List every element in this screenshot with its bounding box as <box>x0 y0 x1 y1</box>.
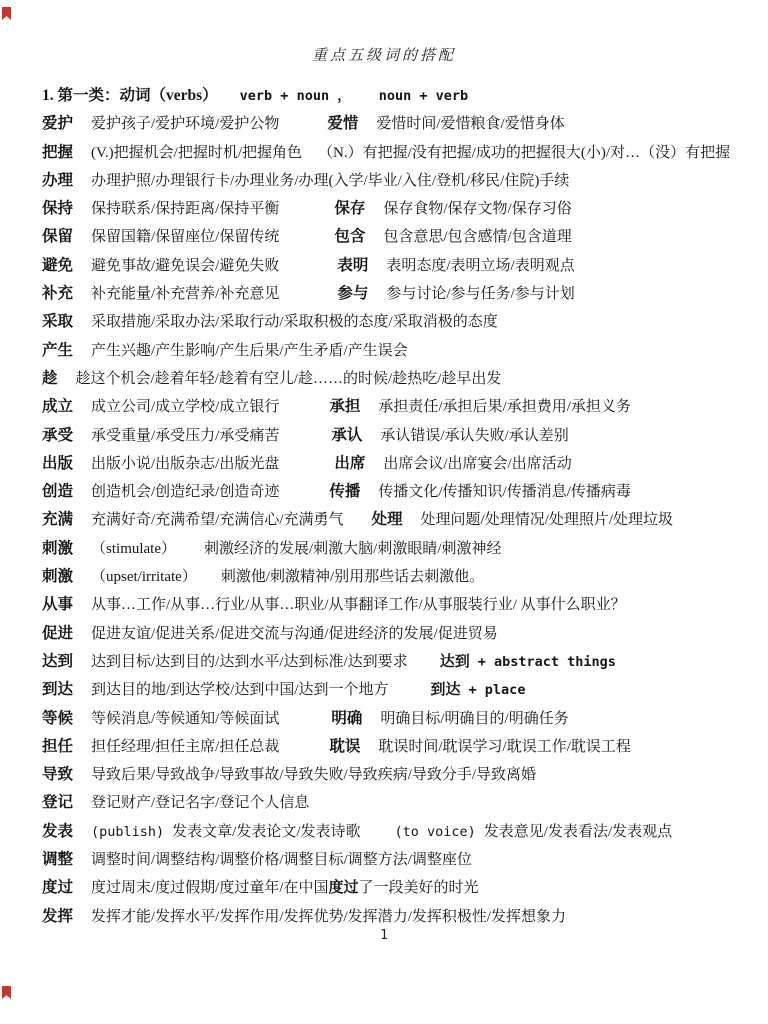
headword: 避免 <box>42 252 73 280</box>
collocation-text: 调整时间/调整结构/调整价格/调整目标/调整方法/调整座位 <box>91 846 472 874</box>
collocation-text: 创造机会/创造纪录/创造奇迹 <box>91 478 279 506</box>
collocation-text: 度过 <box>329 874 359 902</box>
collocation-text: verb + noun ， <box>240 82 351 110</box>
collocation-text: 承担责任/承担后果/承担费用/承担义务 <box>378 393 631 421</box>
headword: 成立 <box>42 393 73 421</box>
collocation-row: 保留保留国籍/保留座位/保留传统包含包含意思/包含感情/包含道理 <box>42 223 748 251</box>
collocation-row: 产生产生兴趣/产生影响/产生后果/产生矛盾/产生误会 <box>42 337 748 365</box>
collocation-text: 保留国籍/保留座位/保留传统 <box>91 223 279 251</box>
collocation-text: 避免事故/避免误会/避免失败 <box>91 252 279 280</box>
collocation-text: 参与讨论/参与任务/参与计划 <box>386 280 574 308</box>
collocation-row: 成立成立公司/成立学校/成立银行承担承担责任/承担后果/承担费用/承担义务 <box>42 393 748 421</box>
collocation-text: 办理护照/办理银行卡/办理业务/办理(入学/毕业/入住/登机/移民/住院)手续 <box>91 167 569 195</box>
collocation-text: 承认错误/承认失败/承认差别 <box>380 422 568 450</box>
collocation-text: 出版小说/出版杂志/出版光盘 <box>91 450 279 478</box>
collocation-row: 把握(V.)把握机会/把握时机/把握角色（N.）有把握/没有把握/成功的把握很大… <box>42 139 748 167</box>
collocation-text: 度过周末/度过假期/度过童年/在中国 <box>91 874 329 902</box>
collocation-row: 导致导致后果/导致战争/导致事故/导致失败/导致疾病/导致分手/导致离婚 <box>42 761 748 789</box>
headword: 保留 <box>42 223 73 251</box>
headword: 出版 <box>42 450 73 478</box>
collocation-text: 1. 第一类：动词（verbs） <box>42 82 218 110</box>
collocation-row: 趁趁这个机会/趁着年轻/趁着有空儿/趁……的时候/趁热吃/趁早出发 <box>42 365 748 393</box>
collocation-text: 发表意见/发表看法/发表观点 <box>484 818 672 846</box>
collocation-text: 耽误时间/耽误学习/耽误工作/耽误工程 <box>378 733 631 761</box>
page-number: 1 <box>0 928 768 943</box>
collocation-row: 保持保持联系/保持距离/保持平衡保存保存食物/保存文物/保存习俗 <box>42 195 748 223</box>
headword: 补充 <box>42 280 73 308</box>
headword: 产生 <box>42 337 73 365</box>
headword: 到达 <box>42 676 73 704</box>
headword: 发表 <box>42 818 73 846</box>
collocation-row: 爱护爱护孩子/爱护环境/爱护公物爱惜爱惜时间/爱惜粮食/爱惜身体 <box>42 110 748 138</box>
collocation-row: 出版出版小说/出版杂志/出版光盘出席出席会议/出席宴会/出席活动 <box>42 450 748 478</box>
collocation-row: 创造创造机会/创造纪录/创造奇迹传播传播文化/传播知识/传播消息/传播病毒 <box>42 478 748 506</box>
headword: 趁 <box>42 365 58 393</box>
headword: 创造 <box>42 478 73 506</box>
collocation-text: 明确目标/明确目的/明确任务 <box>380 705 568 733</box>
headword: 保存 <box>334 195 365 223</box>
collocation-row: 登记登记财产/登记名字/登记个人信息 <box>42 789 748 817</box>
collocation-row: 采取采取措施/采取办法/采取行动/采取积极的态度/采取消极的态度 <box>42 308 748 336</box>
collocation-row: 担任担任经理/担任主席/担任总裁耽误耽误时间/耽误学习/耽误工作/耽误工程 <box>42 733 748 761</box>
headword: 达到 <box>42 648 73 676</box>
collocation-text: 出席会议/出席宴会/出席活动 <box>383 450 571 478</box>
collocation-text: 发表文章/发表论文/发表诗歌 <box>172 818 360 846</box>
headword: 承认 <box>331 422 362 450</box>
collocation-row: 刺激（stimulate）刺激经济的发展/刺激大脑/刺激眼睛/刺激神经 <box>42 535 748 563</box>
headword: 刺激 <box>42 563 73 591</box>
document-page: 重点五级词的搭配 1. 第一类：动词（verbs）verb + noun ，no… <box>0 0 768 1024</box>
headword: 包含 <box>334 223 365 251</box>
collocation-text: 充满好奇/充满希望/充满信心/充满勇气 <box>91 506 344 534</box>
headword: 调整 <box>42 846 73 874</box>
headword: 爱惜 <box>327 110 358 138</box>
collocation-text: 处理问题/处理情况/处理照片/处理垃圾 <box>421 506 674 534</box>
headword: 爱护 <box>42 110 73 138</box>
collocation-text: 保持联系/保持距离/保持平衡 <box>91 195 279 223</box>
collocation-text: 从事…工作/从事…行业/从事…职业/从事翻译工作/从事服装行业/ 从事什么职业？ <box>91 591 626 619</box>
collocation-text: noun + verb <box>379 82 468 110</box>
headword: 度过 <box>42 874 73 902</box>
collocation-text: 到达目的地/到达学校/达到中国/达到一个地方 <box>91 676 389 704</box>
collocation-text: 成立公司/成立学校/成立银行 <box>91 393 279 421</box>
collocation-text: 爱惜时间/爱惜粮食/爱惜身体 <box>376 110 564 138</box>
collocation-row: 补充补充能量/补充营养/补充意见参与参与讨论/参与任务/参与计划 <box>42 280 748 308</box>
collocation-text: (V.)把握机会/把握时机/把握角色 <box>91 139 302 167</box>
collocation-text: 等候消息/等候通知/等候面试 <box>91 705 279 733</box>
collocation-text: 表明态度/表明立场/表明观点 <box>386 252 574 280</box>
collocation-text: 包含意思/包含感情/包含道理 <box>383 223 571 251</box>
collocation-text: + place <box>469 676 526 704</box>
collocation-row: 刺激（upset/irritate）刺激他/刺激精神/别用那些话去刺激他。 <box>42 563 748 591</box>
collocation-text: 趁这个机会/趁着年轻/趁着有空儿/趁……的时候/趁热吃/趁早出发 <box>76 365 502 393</box>
headword: 发挥 <box>42 903 73 931</box>
collocation-row: 促进促进友谊/促进关系/促进交流与沟通/促进经济的发展/促进贸易 <box>42 620 748 648</box>
headword: 参与 <box>337 280 368 308</box>
headword: 等候 <box>42 705 73 733</box>
collocation-text: 爱护孩子/爱护环境/爱护公物 <box>91 110 279 138</box>
page-title: 重点五级词的搭配 <box>0 44 768 65</box>
collocation-text: 到达 <box>431 676 461 704</box>
collocation-row: 到达到达目的地/到达学校/达到中国/达到一个地方到达+ place <box>42 676 748 704</box>
collocation-text: 刺激经济的发展/刺激大脑/刺激眼睛/刺激神经 <box>204 535 502 563</box>
collocation-text: 发挥才能/发挥水平/发挥作用/发挥优势/发挥潜力/发挥积极性/发挥想象力 <box>91 903 566 931</box>
collocation-text: 产生兴趣/产生影响/产生后果/产生矛盾/产生误会 <box>91 337 408 365</box>
collocation-row: 充满充满好奇/充满希望/充满信心/充满勇气处理处理问题/处理情况/处理照片/处理… <box>42 506 748 534</box>
collocation-text: 保存食物/保存文物/保存习俗 <box>383 195 571 223</box>
collocation-row: 从事从事…工作/从事…行业/从事…职业/从事翻译工作/从事服装行业/ 从事什么职… <box>42 591 748 619</box>
headword: 担任 <box>42 733 73 761</box>
headword: 承受 <box>42 422 73 450</box>
collocation-text: 促进友谊/促进关系/促进交流与沟通/促进经济的发展/促进贸易 <box>91 620 498 648</box>
collocation-row: 度过度过周末/度过假期/度过童年/在中国度过了一段美好的时光 <box>42 874 748 902</box>
collocation-text: 导致后果/导致战争/导致事故/导致失败/导致疾病/导致分手/导致离婚 <box>91 761 536 789</box>
collocation-text: 达到 <box>440 648 470 676</box>
headword: 出席 <box>334 450 365 478</box>
headword: 办理 <box>42 167 73 195</box>
headword: 处理 <box>372 506 403 534</box>
collocation-row: 等候等候消息/等候通知/等候面试明确明确目标/明确目的/明确任务 <box>42 705 748 733</box>
collocation-row: 达到达到目标/达到目的/达到水平/达到标准/达到要求达到+ abstract t… <box>42 648 748 676</box>
collocation-text: 登记财产/登记名字/登记个人信息 <box>91 789 309 817</box>
headword: 保持 <box>42 195 73 223</box>
headword: 把握 <box>42 139 73 167</box>
collocation-row: 发表(publish)发表文章/发表论文/发表诗歌(to voice)发表意见/… <box>42 818 748 846</box>
headword: 传播 <box>329 478 360 506</box>
collocation-text: 传播文化/传播知识/传播消息/传播病毒 <box>378 478 631 506</box>
collocation-text: （N.）有把握/没有把握/成功的把握很大(小)/对…（没）有把握 <box>318 139 730 167</box>
collocation-row: 避免避免事故/避免误会/避免失败表明表明态度/表明立场/表明观点 <box>42 252 748 280</box>
collocation-text: 承受重量/承受压力/承受痛苦 <box>91 422 279 450</box>
headword: 从事 <box>42 591 73 619</box>
collocation-text: 补充能量/补充营养/补充意见 <box>91 280 279 308</box>
headword: 充满 <box>42 506 73 534</box>
headword: 表明 <box>337 252 368 280</box>
document-body: 1. 第一类：动词（verbs）verb + noun ，noun + verb… <box>42 82 748 931</box>
collocation-row: 发挥发挥才能/发挥水平/发挥作用/发挥优势/发挥潜力/发挥积极性/发挥想象力 <box>42 903 748 931</box>
bookmark-icon-top[interactable] <box>2 7 11 20</box>
collocation-row: 调整调整时间/调整结构/调整价格/调整目标/调整方法/调整座位 <box>42 846 748 874</box>
collocation-text: 了一段美好的时光 <box>359 874 479 902</box>
collocation-text: （stimulate） <box>91 535 176 563</box>
collocation-row: 办理办理护照/办理银行卡/办理业务/办理(入学/毕业/入住/登机/移民/住院)手… <box>42 167 748 195</box>
headword: 耽误 <box>329 733 360 761</box>
headword: 促进 <box>42 620 73 648</box>
collocation-row: 承受承受重量/承受压力/承受痛苦承认承认错误/承认失败/承认差别 <box>42 422 748 450</box>
collocation-text: 担任经理/担任主席/担任总裁 <box>91 733 279 761</box>
headword: 明确 <box>331 705 362 733</box>
headword: 承担 <box>329 393 360 421</box>
section-heading: 1. 第一类：动词（verbs）verb + noun ，noun + verb <box>42 82 748 110</box>
collocation-text: + abstract things <box>478 648 616 676</box>
collocation-text: 采取措施/采取办法/采取行动/采取积极的态度/采取消极的态度 <box>91 308 498 336</box>
headword: 导致 <box>42 761 73 789</box>
headword: 登记 <box>42 789 73 817</box>
collocation-text: （upset/irritate） <box>91 563 197 591</box>
collocation-text: (to voice) <box>395 818 476 846</box>
collocation-text: 刺激他/刺激精神/别用那些话去刺激他。 <box>221 563 484 591</box>
headword: 采取 <box>42 308 73 336</box>
collocation-text: (publish) <box>91 818 164 846</box>
bookmark-icon-bottom[interactable] <box>2 986 11 999</box>
collocation-text: 达到目标/达到目的/达到水平/达到标准/达到要求 <box>91 648 408 676</box>
headword: 刺激 <box>42 535 73 563</box>
